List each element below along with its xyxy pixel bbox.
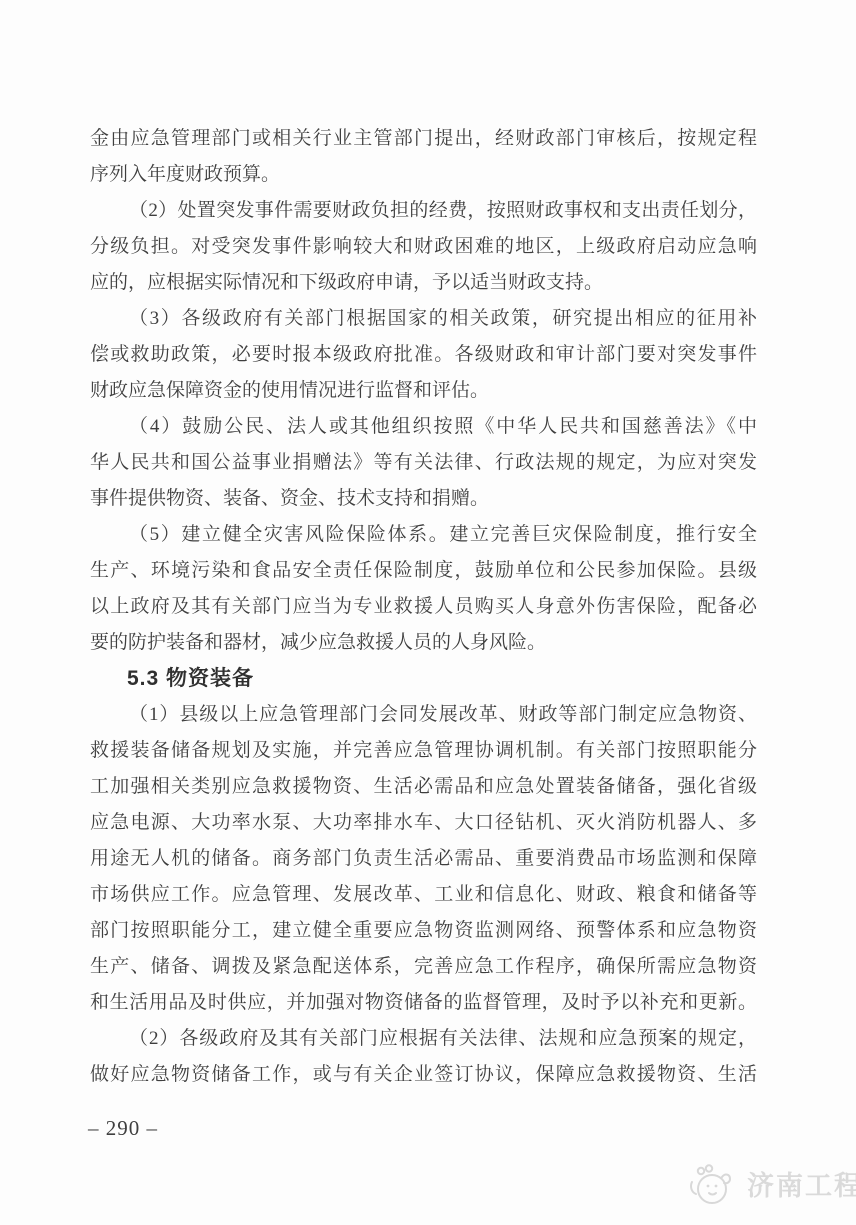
section-heading: 5.3 物资装备	[90, 661, 757, 697]
text-line: （4）鼓励公民、法人或其他组织按照《中华人民共和国慈善法》《中	[90, 409, 757, 445]
text-line: 财政应急保障资金的使用情况进行监督和评估。	[90, 373, 757, 409]
document-page: 金由应急管理部门或相关行业主管部门提出，经财政部门审核后，按规定程序列入年度财政…	[0, 0, 856, 1225]
text-line: 市场供应工作。应急管理、发展改革、工业和信息化、财政、粮食和储备等	[90, 877, 757, 913]
text-line: 应的，应根据实际情况和下级政府申请，予以适当财政支持。	[90, 265, 757, 301]
text-line: （1）县级以上应急管理部门会同发展改革、财政等部门制定应急物资、	[90, 697, 757, 733]
text-line: （5）建立健全灾害风险保险体系。建立完善巨灾保险制度，推行安全	[90, 517, 757, 553]
text-line: （2）各级政府及其有关部门应根据有关法律、法规和应急预案的规定，	[90, 1021, 757, 1057]
text-line: 生产、储备、调拨及紧急配送体系，完善应急工作程序，确保所需应急物资	[90, 949, 757, 985]
text-line: 分级负担。对受突发事件影响较大和财政困难的地区，上级政府启动应急响	[90, 229, 757, 265]
text-line: 事件提供物资、装备、资金、技术支持和捐赠。	[90, 481, 757, 517]
text-line: （2）处置突发事件需要财政负担的经费，按照财政事权和支出责任划分，	[90, 193, 757, 229]
text-line: 偿或救助政策，必要时报本级政府批准。各级财政和审计部门要对突发事件	[90, 337, 757, 373]
text-line: 要的防护装备和器材，减少应急救援人员的人身风险。	[90, 625, 757, 661]
text-line: （3）各级政府有关部门根据国家的相关政策，研究提出相应的征用补	[90, 301, 757, 337]
watermark: 济南工程	[688, 1164, 856, 1208]
mascot-face-icon	[688, 1164, 742, 1208]
text-line: 做好应急物资储备工作，或与有关企业签订协议，保障应急救援物资、生活	[90, 1057, 757, 1093]
text-line: 和生活用品及时供应，并加强对物资储备的监督管理，及时予以补充和更新。	[90, 985, 757, 1021]
document-body: 金由应急管理部门或相关行业主管部门提出，经财政部门审核后，按规定程序列入年度财政…	[90, 121, 757, 1093]
text-line: 工加强相关类别应急救援物资、生活必需品和应急处置装备储备，强化省级	[90, 769, 757, 805]
watermark-label: 济南工程	[747, 1164, 856, 1208]
text-line: 序列入年度财政预算。	[90, 157, 757, 193]
text-line: 用途无人机的储备。商务部门负责生活必需品、重要消费品市场监测和保障	[90, 841, 757, 877]
text-line: 生产、环境污染和食品安全责任保险制度，鼓励单位和公民参加保险。县级	[90, 553, 757, 589]
text-line: 华人民共和国公益事业捐赠法》等有关法律、行政法规的规定，为应对突发	[90, 445, 757, 481]
text-line: 部门按照职能分工，建立健全重要应急物资监测网络、预警体系和应急物资	[90, 913, 757, 949]
text-line: 以上政府及其有关部门应当为专业救援人员购买人身意外伤害保险，配备必	[90, 589, 757, 625]
text-line: 应急电源、大功率水泵、大功率排水车、大口径钻机、灭火消防机器人、多	[90, 805, 757, 841]
page-number: – 290 –	[88, 1116, 158, 1141]
text-line: 金由应急管理部门或相关行业主管部门提出，经财政部门审核后，按规定程	[90, 121, 757, 157]
text-line: 救援装备储备规划及实施，并完善应急管理协调机制。有关部门按照职能分	[90, 733, 757, 769]
